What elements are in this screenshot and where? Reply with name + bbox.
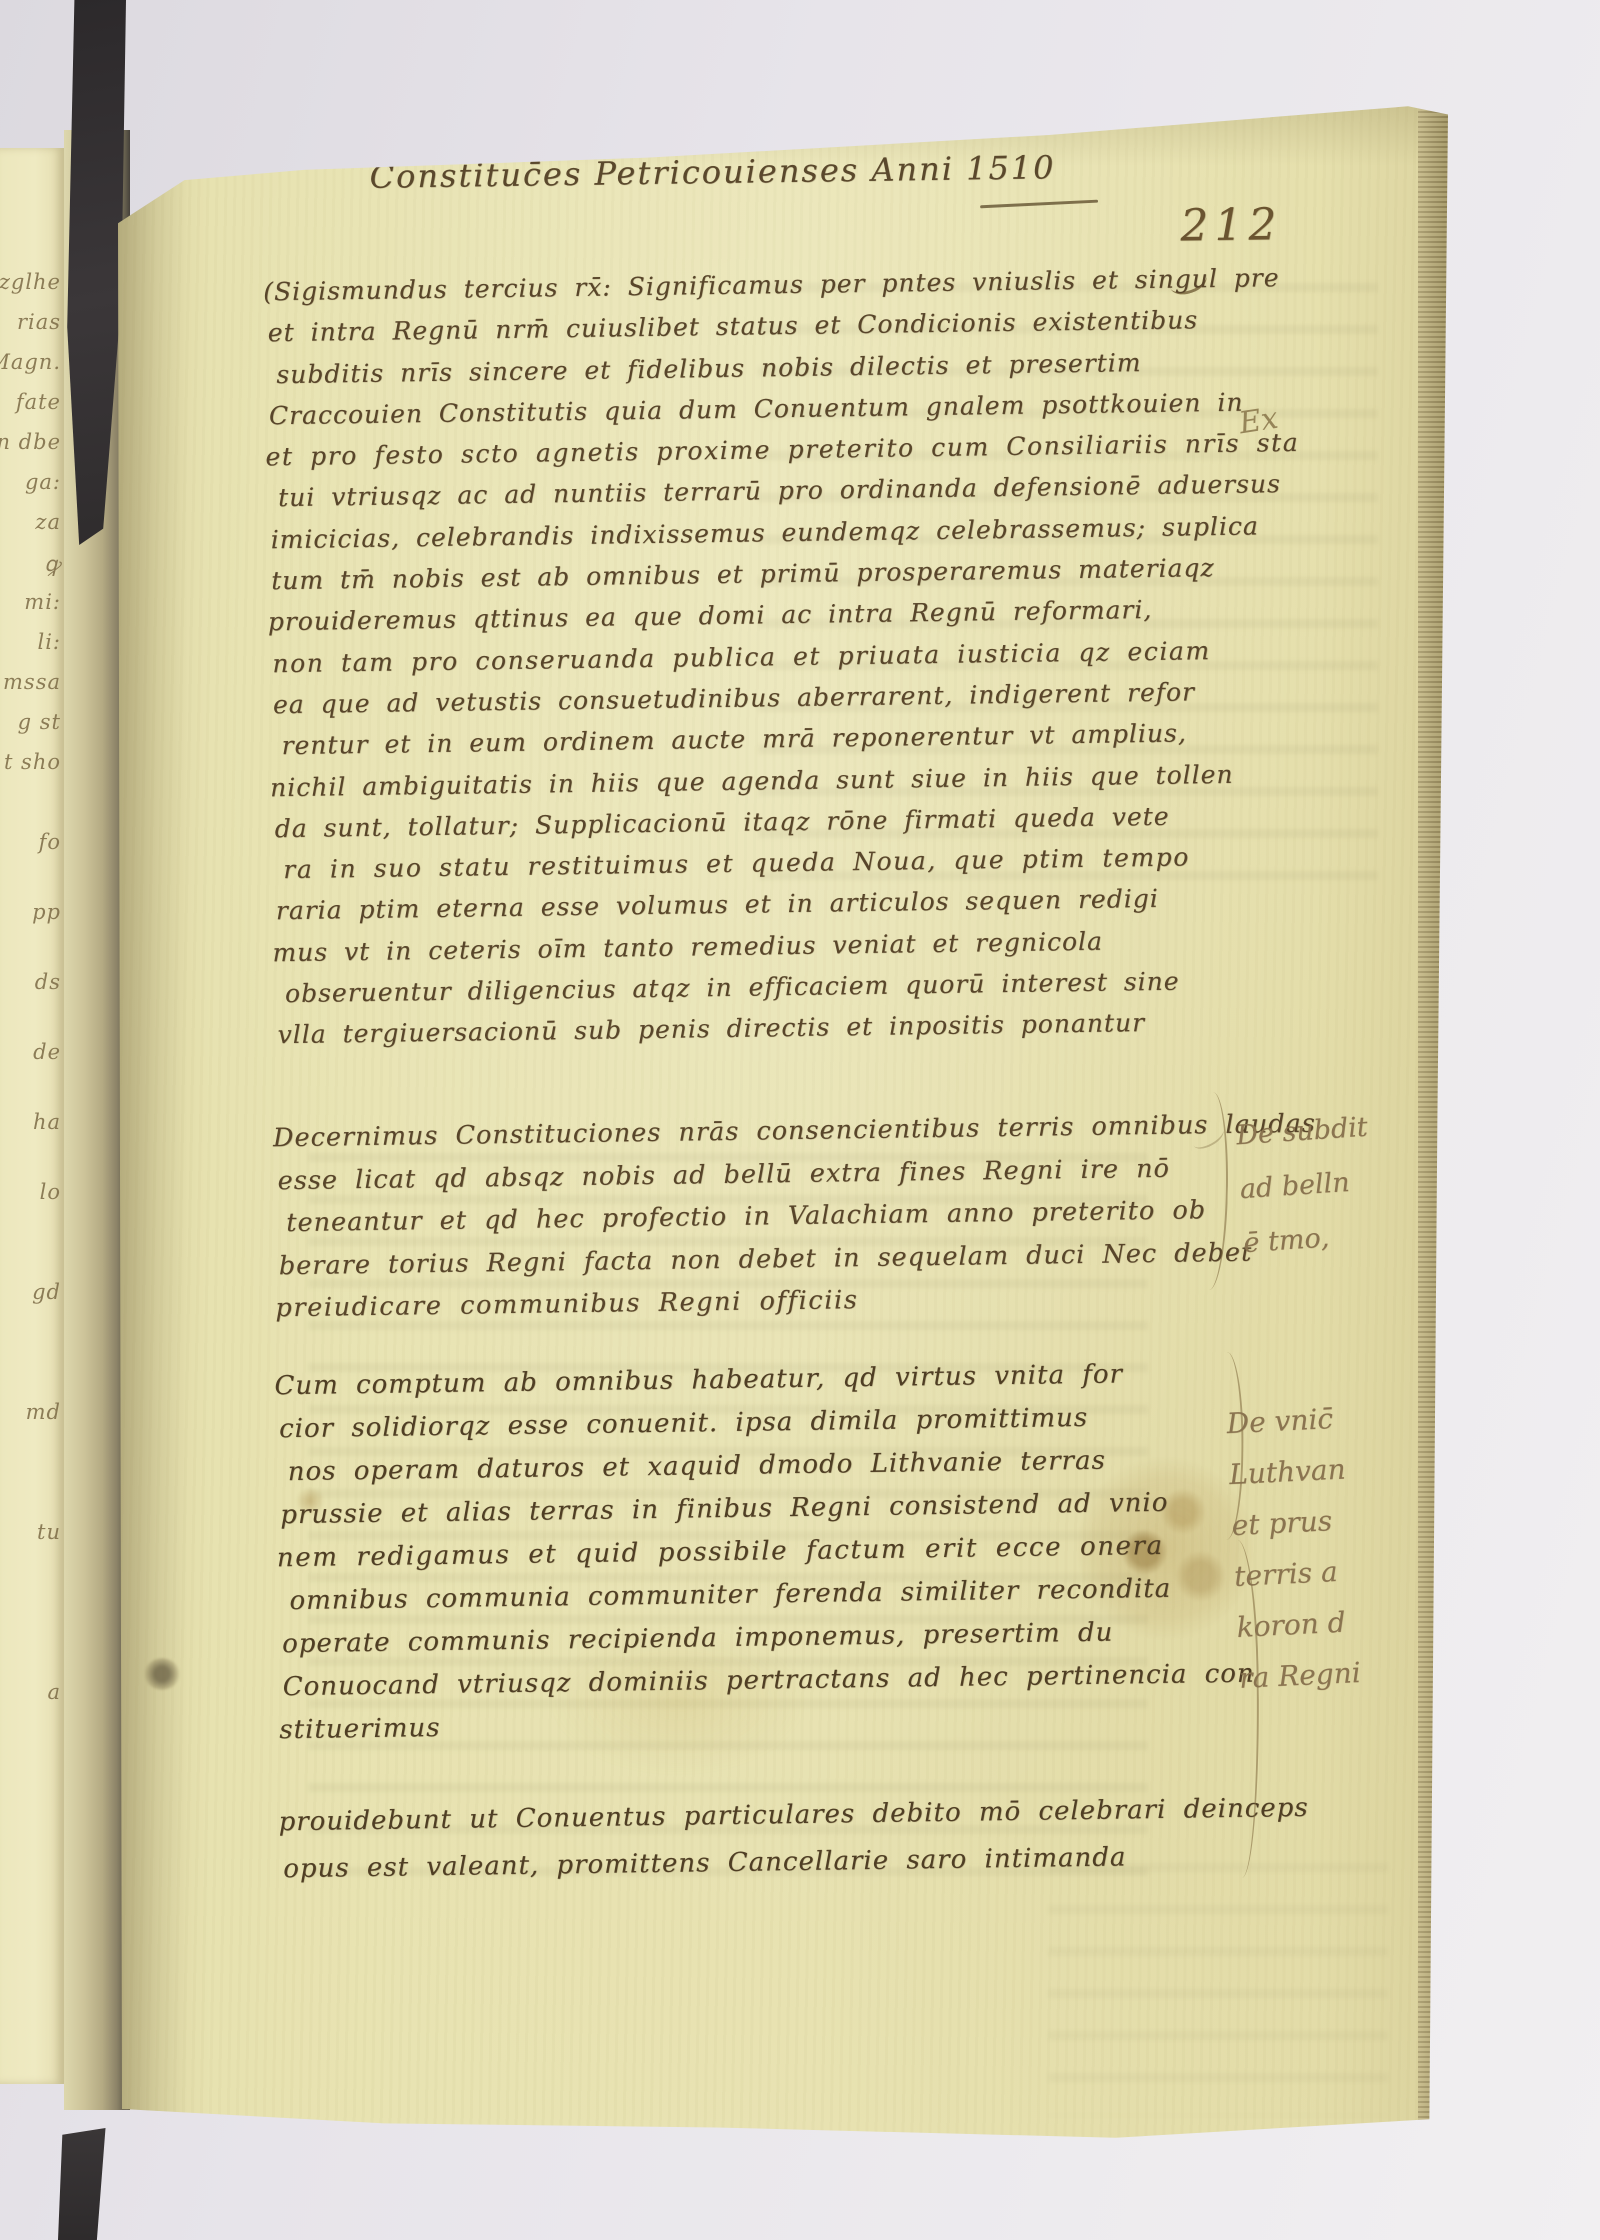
manuscript-text-line: Luthvan: [1228, 1443, 1352, 1500]
facing-page-text-fragment: za: [35, 510, 61, 534]
manuscript-text-line: terris a: [1233, 1545, 1357, 1602]
facing-page-text-fragment: g st: [18, 710, 61, 734]
facing-page-text-fragment: t sho: [4, 750, 61, 774]
manuscript-text-line: ad belln: [1238, 1155, 1373, 1218]
facing-page-text-fragment: rias: [17, 310, 61, 334]
paragraph-4: prouidebunt ut Conuentus particulares de…: [282, 1785, 1309, 1893]
manuscript-leaf: Constituc̄es Petricouienses Anni 1510 21…: [118, 96, 1448, 2148]
facing-page-text-fragment: gd: [32, 1280, 61, 1304]
paragraph-3: Cum comptum ab omnibus habeatur, qd virt…: [278, 1352, 1255, 1753]
manuscript-text-line: De subdit: [1235, 1101, 1370, 1164]
facing-page-text-fragment: mssa: [3, 670, 61, 694]
facing-page-text-fragment: tu: [37, 1520, 61, 1544]
facing-page-text-fragment: ꝙ: [44, 550, 61, 578]
manuscript-text-line: ē tmo,: [1242, 1208, 1377, 1271]
margin-note-2: De vnic̄Luthvanet prusterris akoron dra …: [1225, 1392, 1361, 1704]
facing-page-text-fragment: fate: [16, 390, 61, 414]
facing-page-sliver: zglheriasMagn.faten dbega:zaꝙmi:li:mssag…: [0, 148, 64, 2084]
facing-page-text-fragment: Magn.: [0, 350, 61, 374]
paragraph-2: Decernimus Constituciones nrās consencie…: [277, 1103, 1319, 1330]
margin-note-1: De subditad bellnē tmo,: [1235, 1101, 1377, 1271]
facing-page-text-fragment: mi:: [24, 590, 61, 614]
page-heading: Constituc̄es Petricouienses Anni 1510: [369, 148, 1055, 196]
manuscript-text-line: De vnic̄: [1225, 1392, 1349, 1449]
heading-underline: [980, 200, 1098, 209]
facing-page-text-fragment: pp: [32, 900, 61, 924]
facing-page-text-fragment: md: [26, 1400, 61, 1424]
manuscript-scan: { "document": { "kind": "manuscript page…: [0, 0, 1600, 2240]
folio-number: 212: [1180, 199, 1283, 251]
facing-page-text-fragment: ds: [35, 970, 61, 994]
facing-page-text-fragment: n dbe: [0, 430, 61, 454]
facing-page-text-fragment: fo: [39, 830, 61, 854]
binding-strap-bottom: [58, 2128, 112, 2240]
handwriting-layer: Constituc̄es Petricouienses Anni 1510 21…: [107, 85, 1466, 2155]
facing-page-text-fragment: li:: [37, 630, 61, 654]
facing-page-text-fragment: lo: [40, 1180, 61, 1204]
facing-page-text-fragment: de: [33, 1040, 61, 1064]
manuscript-text-line: et prus: [1230, 1494, 1354, 1551]
manuscript-text-line: koron d: [1235, 1596, 1359, 1653]
manuscript-text-line: ra Regni: [1238, 1647, 1362, 1704]
facing-page-text-fragment: ha: [33, 1110, 61, 1134]
paragraph-1: (Sigismundus tercius rx̄: Significamus p…: [267, 257, 1308, 1056]
facing-page-text-fragment: ga:: [25, 470, 61, 494]
facing-page-text-fragment: a: [47, 1680, 61, 1704]
facing-page-text-fragment: zglhe: [0, 270, 61, 294]
